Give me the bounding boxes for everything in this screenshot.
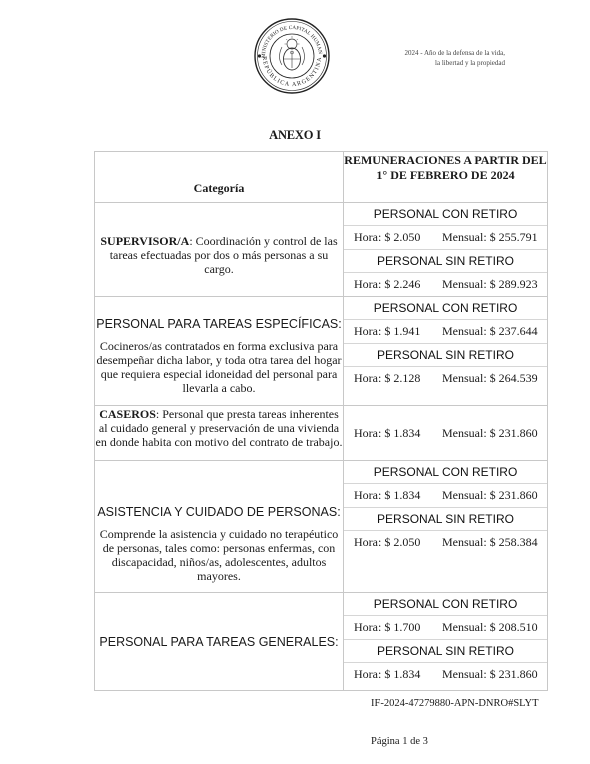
category-description: Cocineros/as contratados en forma exclus… [95,339,343,395]
category-name: ASISTENCIA Y CUIDADO DE PERSONAS: [95,505,343,519]
monthly-rate: Mensual: $ 289.923 [442,277,538,291]
label-con-retiro: PERSONAL CON RETIRO [344,593,547,616]
motto-line-1: 2024 - Año de la defensa de la vida, [380,48,505,58]
category-name: CASEROS [99,407,156,421]
hourly-rate: Hora: $ 2.050 [354,535,442,550]
rates-con-retiro: Hora: $ 1.941Mensual: $ 237.644 [344,320,547,344]
government-seal-icon: MINISTERIO DE CAPITAL HUMANO REPÚBLICA A… [253,17,331,95]
table-row: PERSONAL PARA TAREAS GENERALES: PERSONAL… [95,593,548,691]
category-cell: ASISTENCIA Y CUIDADO DE PERSONAS: Compre… [95,461,344,593]
rates-cell: PERSONAL CON RETIRO Hora: $ 1.834Mensual… [344,461,548,593]
label-sin-retiro: PERSONAL SIN RETIRO [344,344,547,367]
category-description: Comprende la asistencia y cuidado no ter… [95,527,343,583]
header-remuneration: REMUNERACIONES A PARTIR DEL 1° DE FEBRER… [344,152,548,203]
rates-single: Hora: $ 1.834Mensual: $ 231.860 [344,426,547,449]
rates-cell: PERSONAL CON RETIRO Hora: $ 2.050Mensual… [344,203,548,297]
hourly-rate: Hora: $ 1.834 [354,488,442,503]
rates-cell: PERSONAL CON RETIRO Hora: $ 1.941Mensual… [344,297,548,406]
table-header-row: Categoría REMUNERACIONES A PARTIR DEL 1°… [95,152,548,203]
rates-sin-retiro: Hora: $ 1.834Mensual: $ 231.860 [344,663,547,687]
hourly-rate: Hora: $ 2.050 [354,230,442,245]
rates-cell: Hora: $ 1.834Mensual: $ 231.860 [344,406,548,461]
page-title: ANEXO I [0,128,590,143]
rates-con-retiro: Hora: $ 1.834Mensual: $ 231.860 [344,484,547,508]
document-id: IF-2024-47279880-APN-DNRO#SLYT [371,698,539,709]
hourly-rate: Hora: $ 1.700 [354,620,442,635]
header-category: Categoría [95,152,344,203]
label-sin-retiro: PERSONAL SIN RETIRO [344,640,547,663]
rates-con-retiro: Hora: $ 1.700Mensual: $ 208.510 [344,616,547,640]
category-cell: PERSONAL PARA TAREAS GENERALES: [95,593,344,691]
header-remuneration-line-2: 1° DE FEBRERO DE 2024 [344,168,547,183]
rates-cell: PERSONAL CON RETIRO Hora: $ 1.700Mensual… [344,593,548,691]
year-motto: 2024 - Año de la defensa de la vida, la … [380,48,505,68]
table-row: PERSONAL PARA TAREAS ESPECÍFICAS: Cocine… [95,297,548,406]
page-number: Página 1 de 3 [371,736,428,747]
category-name: PERSONAL PARA TAREAS GENERALES: [95,635,343,649]
hourly-rate: Hora: $ 1.834 [354,667,442,682]
header-remuneration-line-1: REMUNERACIONES A PARTIR DEL [344,153,547,168]
hourly-rate: Hora: $ 1.834 [354,426,442,441]
hourly-rate: Hora: $ 2.128 [354,371,442,386]
rates-sin-retiro: Hora: $ 2.246Mensual: $ 289.923 [344,273,547,297]
label-sin-retiro: PERSONAL SIN RETIRO [344,250,547,273]
table-row: CASEROS: Personal que presta tareas inhe… [95,406,548,461]
category-name: SUPERVISOR/A [100,234,189,248]
category-name: PERSONAL PARA TAREAS ESPECÍFICAS: [95,317,343,331]
motto-line-2: la libertad y la propiedad [380,58,505,68]
rates-sin-retiro: Hora: $ 2.128Mensual: $ 264.539 [344,367,547,391]
remuneration-table: Categoría REMUNERACIONES A PARTIR DEL 1°… [94,151,548,691]
svg-text:MINISTERIO DE CAPITAL HUMANO: MINISTERIO DE CAPITAL HUMANO [253,17,323,58]
table-row: ASISTENCIA Y CUIDADO DE PERSONAS: Compre… [95,461,548,593]
hourly-rate: Hora: $ 1.941 [354,324,442,339]
category-cell: PERSONAL PARA TAREAS ESPECÍFICAS: Cocine… [95,297,344,406]
rates-sin-retiro: Hora: $ 2.050Mensual: $ 258.384 [344,531,547,555]
monthly-rate: Mensual: $ 231.860 [442,426,538,440]
category-cell: SUPERVISOR/A: Coordinación y control de … [95,203,344,297]
hourly-rate: Hora: $ 2.246 [354,277,442,292]
rates-con-retiro: Hora: $ 2.050Mensual: $ 255.791 [344,226,547,250]
label-con-retiro: PERSONAL CON RETIRO [344,297,547,320]
label-sin-retiro: PERSONAL SIN RETIRO [344,508,547,531]
monthly-rate: Mensual: $ 231.860 [442,667,538,681]
table-row: SUPERVISOR/A: Coordinación y control de … [95,203,548,297]
label-con-retiro: PERSONAL CON RETIRO [344,461,547,484]
monthly-rate: Mensual: $ 237.644 [442,324,538,338]
monthly-rate: Mensual: $ 231.860 [442,488,538,502]
monthly-rate: Mensual: $ 258.384 [442,535,538,549]
category-cell: CASEROS: Personal que presta tareas inhe… [95,406,344,461]
label-con-retiro: PERSONAL CON RETIRO [344,203,547,226]
monthly-rate: Mensual: $ 264.539 [442,371,538,385]
monthly-rate: Mensual: $ 208.510 [442,620,538,634]
monthly-rate: Mensual: $ 255.791 [442,230,538,244]
